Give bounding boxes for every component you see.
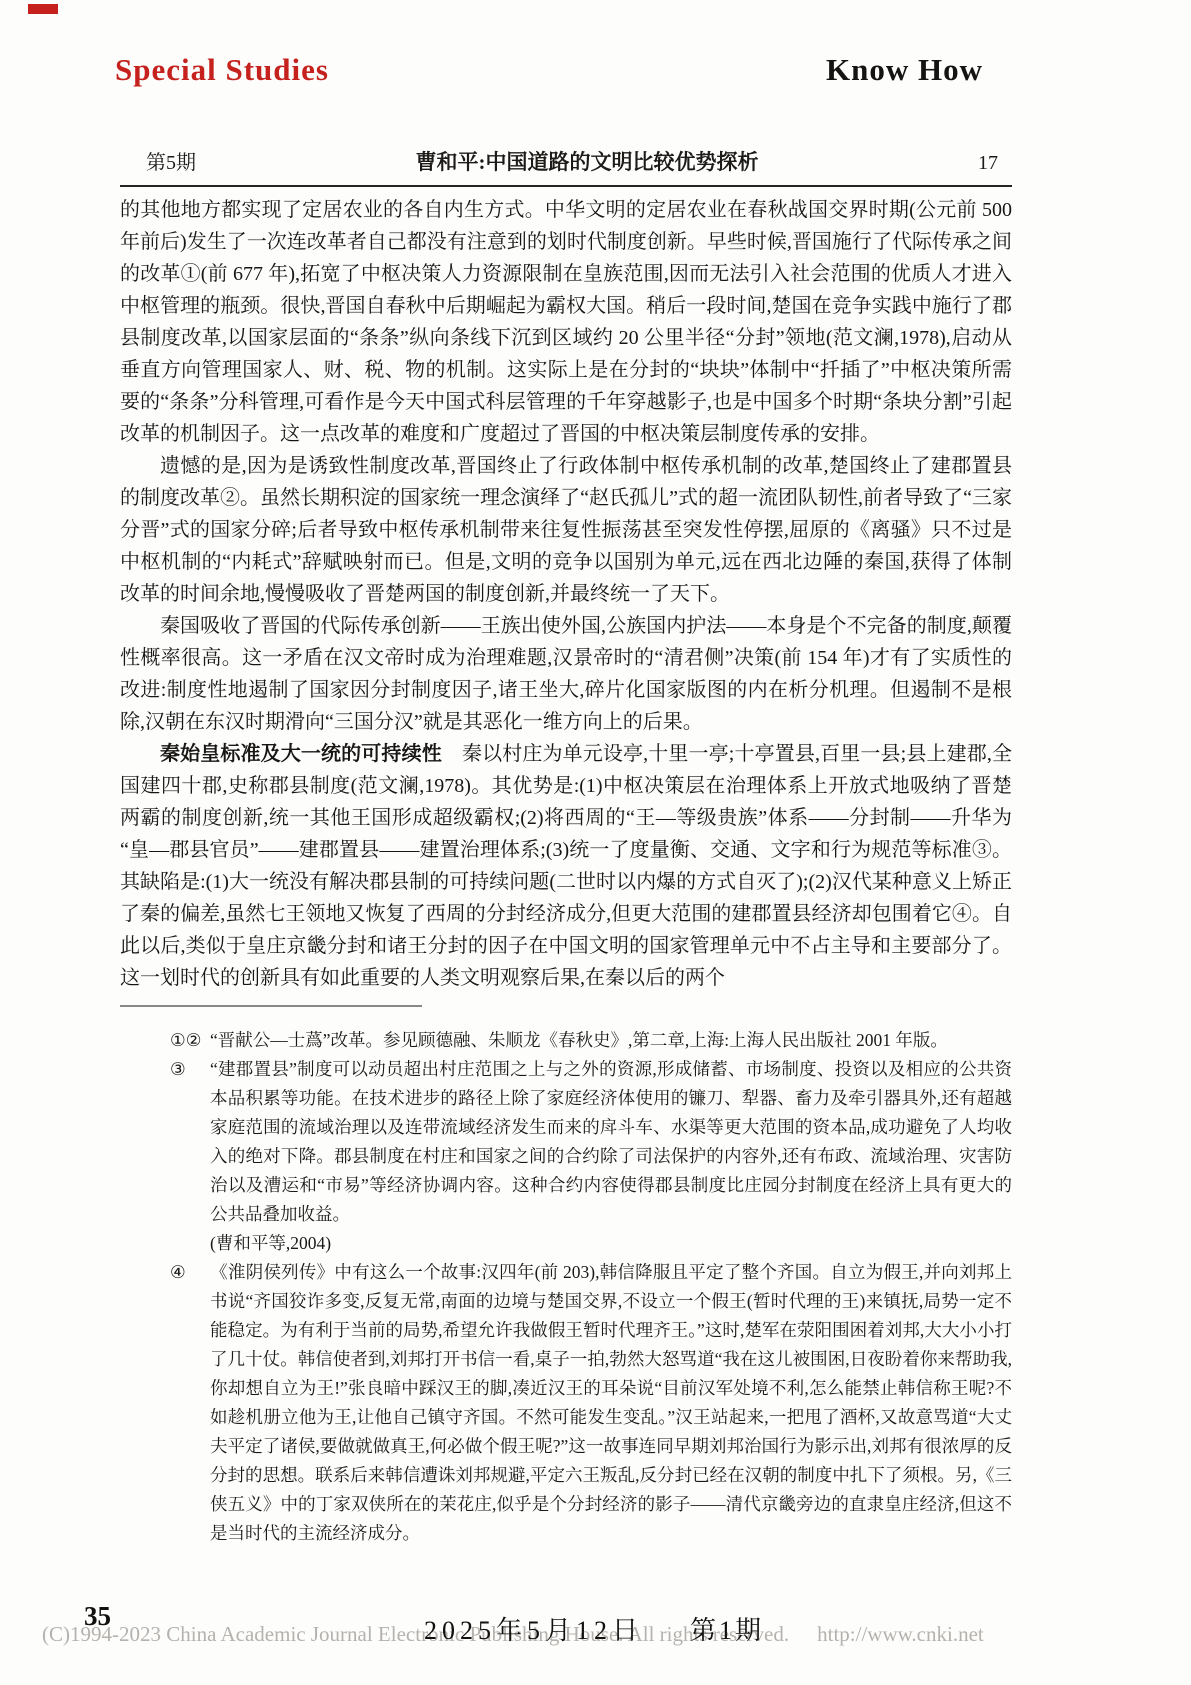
footnote-text: 《淮阴侯列传》中有这么一个故事:汉四年(前 203),韩信降服且平定了整个齐国。… — [210, 1262, 1012, 1543]
footer-date-stamp: 2025年5月12日 — [424, 1610, 643, 1647]
running-header-issue: 第5期 — [120, 146, 196, 175]
masthead-section-label: Special Studies — [115, 52, 329, 88]
footnotes: ①②“晋献公—士蔿”改革。参见顾德融、朱顺龙《春秋史》,第二章,上海:上海人民出… — [170, 1026, 1012, 1548]
journal-page: Special Studies Know How 第5期 曹和平:中国道路的文明… — [0, 0, 1191, 1685]
footnote-item: ③“建郡置县”制度可以动员超出村庄范围之上与之外的资源,形成储蓄、市场制度、投资… — [170, 1055, 1012, 1258]
watermark-url: http://www.cnki.net — [817, 1622, 984, 1646]
paragraph: 秦国吸收了晋国的代际传承创新——王族出使外国,公族国内护法——本身是个不完备的制… — [120, 610, 1012, 738]
footnote-source: (曹和平等,2004) — [210, 1233, 331, 1253]
running-header-page-number: 17 — [978, 152, 1012, 175]
paragraph: 秦始皇标准及大一统的可持续性 秦以村庄为单元设亭,十里一亭;十亭置县,百里一县;… — [120, 738, 1012, 994]
footnote-item: ④《淮阴侯列传》中有这么一个故事:汉四年(前 203),韩信降服且平定了整个齐国… — [170, 1258, 1012, 1548]
footnote-marker: ④ — [170, 1258, 210, 1287]
footnote-text: “晋献公—士蔿”改革。参见顾德融、朱顺龙《春秋史》,第二章,上海:上海人民出版社… — [210, 1030, 948, 1050]
masthead: Special Studies Know How — [115, 52, 983, 88]
running-header: 第5期 曹和平:中国道路的文明比较优势探析 17 — [120, 146, 1012, 187]
footnote-text: “建郡置县”制度可以动员超出村庄范围之上与之外的资源,形成储蓄、市场制度、投资以… — [210, 1059, 1012, 1224]
paragraph: 遗憾的是,因为是诱致性制度改革,晋国终止了行政体制中枢传承机制的改革,楚国终止了… — [120, 450, 1012, 610]
watermark-copyright-text: (C)1994-2023 China Academic Journal Elec… — [42, 1622, 789, 1646]
running-header-article-title: 曹和平:中国道路的文明比较优势探析 — [196, 146, 978, 176]
paragraph-text: 遗憾的是,因为是诱致性制度改革,晋国终止了行政体制中枢传承机制的改革,楚国终止了… — [120, 455, 1012, 605]
paragraph-text: 秦国吸收了晋国的代际传承创新——王族出使外国,公族国内护法——本身是个不完备的制… — [120, 615, 1012, 733]
paragraph-text: 的其他地方都实现了定居农业的各自内生方式。中华文明的定居农业在春秋战国交界时期(… — [120, 199, 1012, 445]
footer-page-number: 35 — [84, 1601, 111, 1632]
footnote-item: ①②“晋献公—士蔿”改革。参见顾德融、朱顺龙《春秋史》,第二章,上海:上海人民出… — [170, 1026, 1012, 1055]
footnote-marker: ③ — [170, 1055, 210, 1084]
footnote-marker: ①② — [170, 1026, 210, 1055]
footnote-separator — [120, 1005, 422, 1007]
footer-issue-stamp: 第1期 — [690, 1610, 764, 1647]
runin-heading: 秦始皇标准及大一统的可持续性 — [160, 743, 442, 765]
scan-corner-mark — [28, 4, 58, 14]
paragraph: 的其他地方都实现了定居农业的各自内生方式。中华文明的定居农业在春秋战国交界时期(… — [120, 194, 1012, 450]
paragraph-text: 秦以村庄为单元设亭,十里一亭;十亭置县,百里一县;县上建郡,全国建四十郡,史称郡… — [120, 743, 1012, 989]
article-body: 的其他地方都实现了定居农业的各自内生方式。中华文明的定居农业在春秋战国交界时期(… — [120, 194, 1012, 994]
masthead-column-label: Know How — [826, 52, 983, 88]
